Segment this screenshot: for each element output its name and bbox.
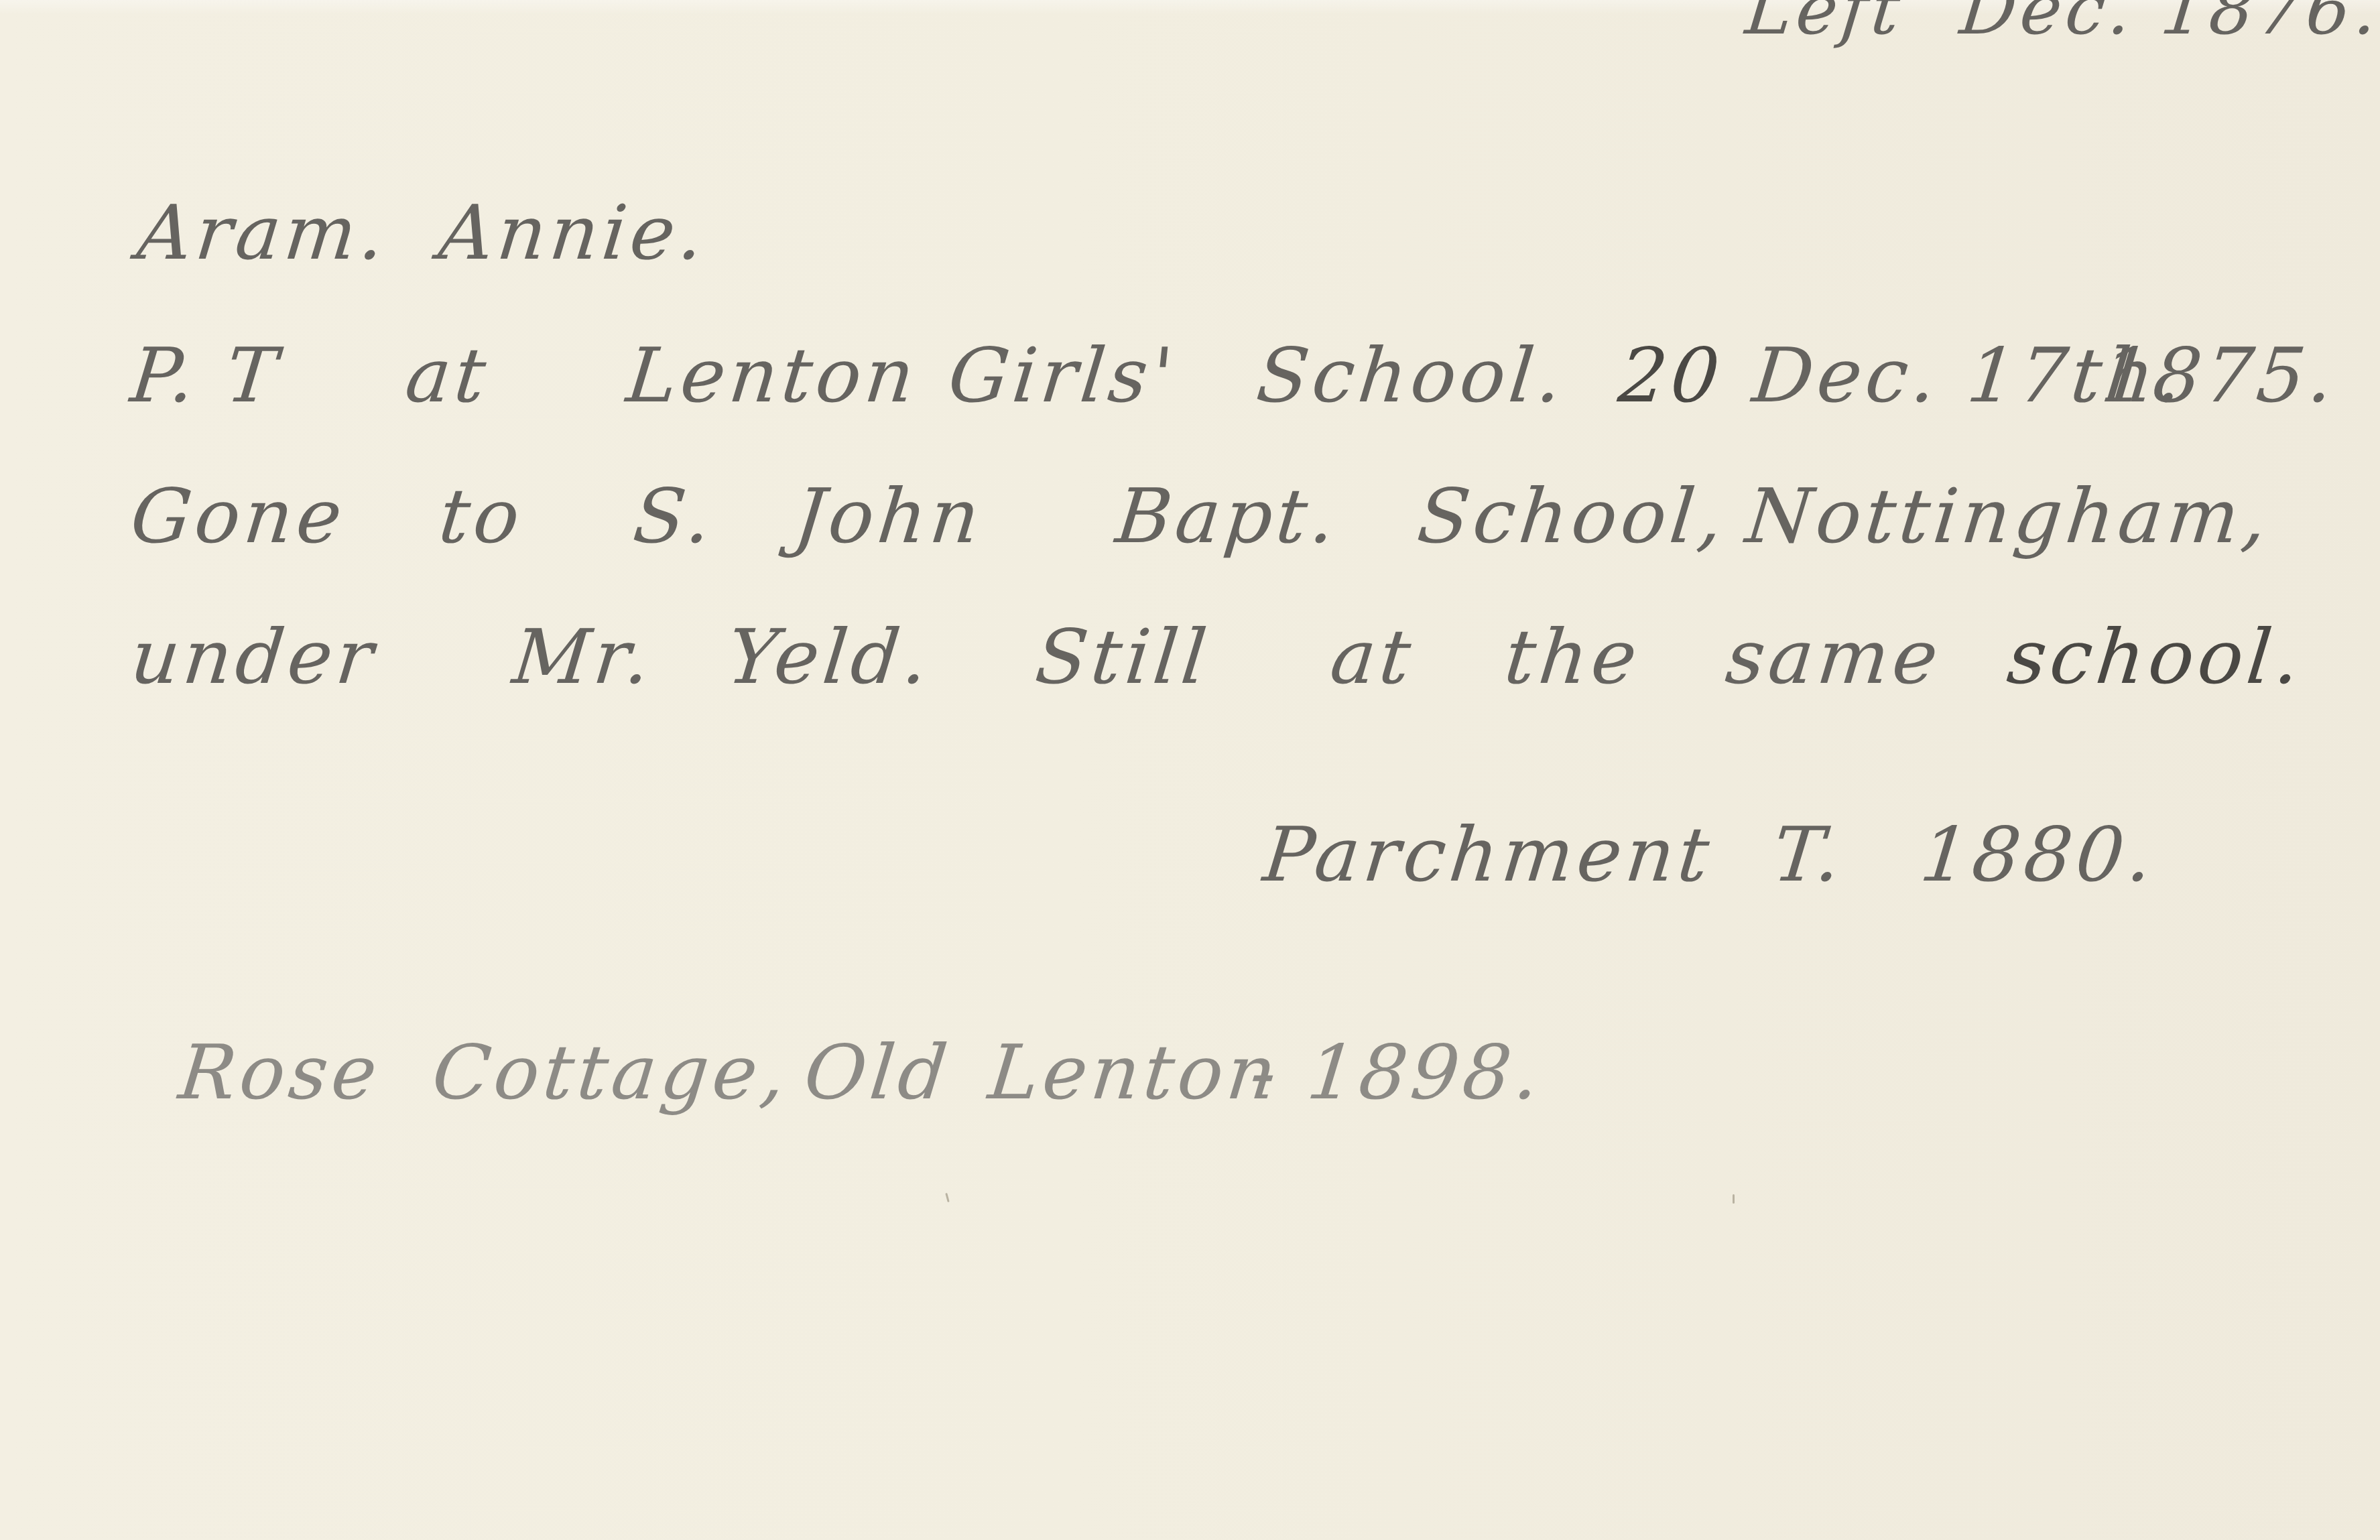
parchment-year: 1880. xyxy=(1917,818,2159,893)
address-year: - 1898. xyxy=(1247,1035,1547,1110)
line-word: Still xyxy=(1032,620,1214,695)
line-word: School, xyxy=(1414,479,1731,554)
line-word: John xyxy=(791,479,987,554)
line-word: Gone xyxy=(127,479,349,554)
address-word: Rose xyxy=(176,1035,384,1110)
line-word: P. T xyxy=(127,338,284,413)
line-word: Bapt. xyxy=(1113,479,1342,554)
line-word: 1875. xyxy=(2098,338,2340,413)
line-word: Yeld. xyxy=(724,620,935,695)
line-word: the xyxy=(1501,620,1644,695)
line-word: S. xyxy=(630,479,718,554)
top-note-date: Dec. 1876. xyxy=(1957,0,2380,44)
line-word: at xyxy=(402,338,493,413)
record-card: Left Dec. 1876. Aram. Annie. P. T at Len… xyxy=(0,0,2380,1540)
line-word: Girls' xyxy=(945,338,1180,413)
paper-speck xyxy=(1733,1194,1735,1204)
address-word: Old xyxy=(801,1035,954,1110)
parchment-grade: T. xyxy=(1769,818,1849,893)
line-word: Lenton xyxy=(623,338,922,413)
line-word: at xyxy=(1327,620,1418,695)
address-word: Cottage, xyxy=(429,1035,793,1110)
surname: Aram. xyxy=(134,196,392,271)
parchment-label: Parchment xyxy=(1260,818,1716,893)
line-word: same xyxy=(1723,620,1946,695)
line-word: Nottingham, xyxy=(1743,479,2275,554)
line-word: 20 xyxy=(1615,338,1727,413)
address-word: Lenton xyxy=(985,1035,1283,1110)
paper-speck xyxy=(945,1193,950,1202)
line-word: under xyxy=(127,620,381,695)
given-name: Annie. xyxy=(436,196,711,271)
line-word: to xyxy=(436,479,527,554)
top-note-word: Left xyxy=(1743,0,1907,44)
line-word: School. xyxy=(1253,338,1570,413)
line-word: school. xyxy=(2004,620,2307,695)
line-word: Mr. xyxy=(509,620,657,695)
